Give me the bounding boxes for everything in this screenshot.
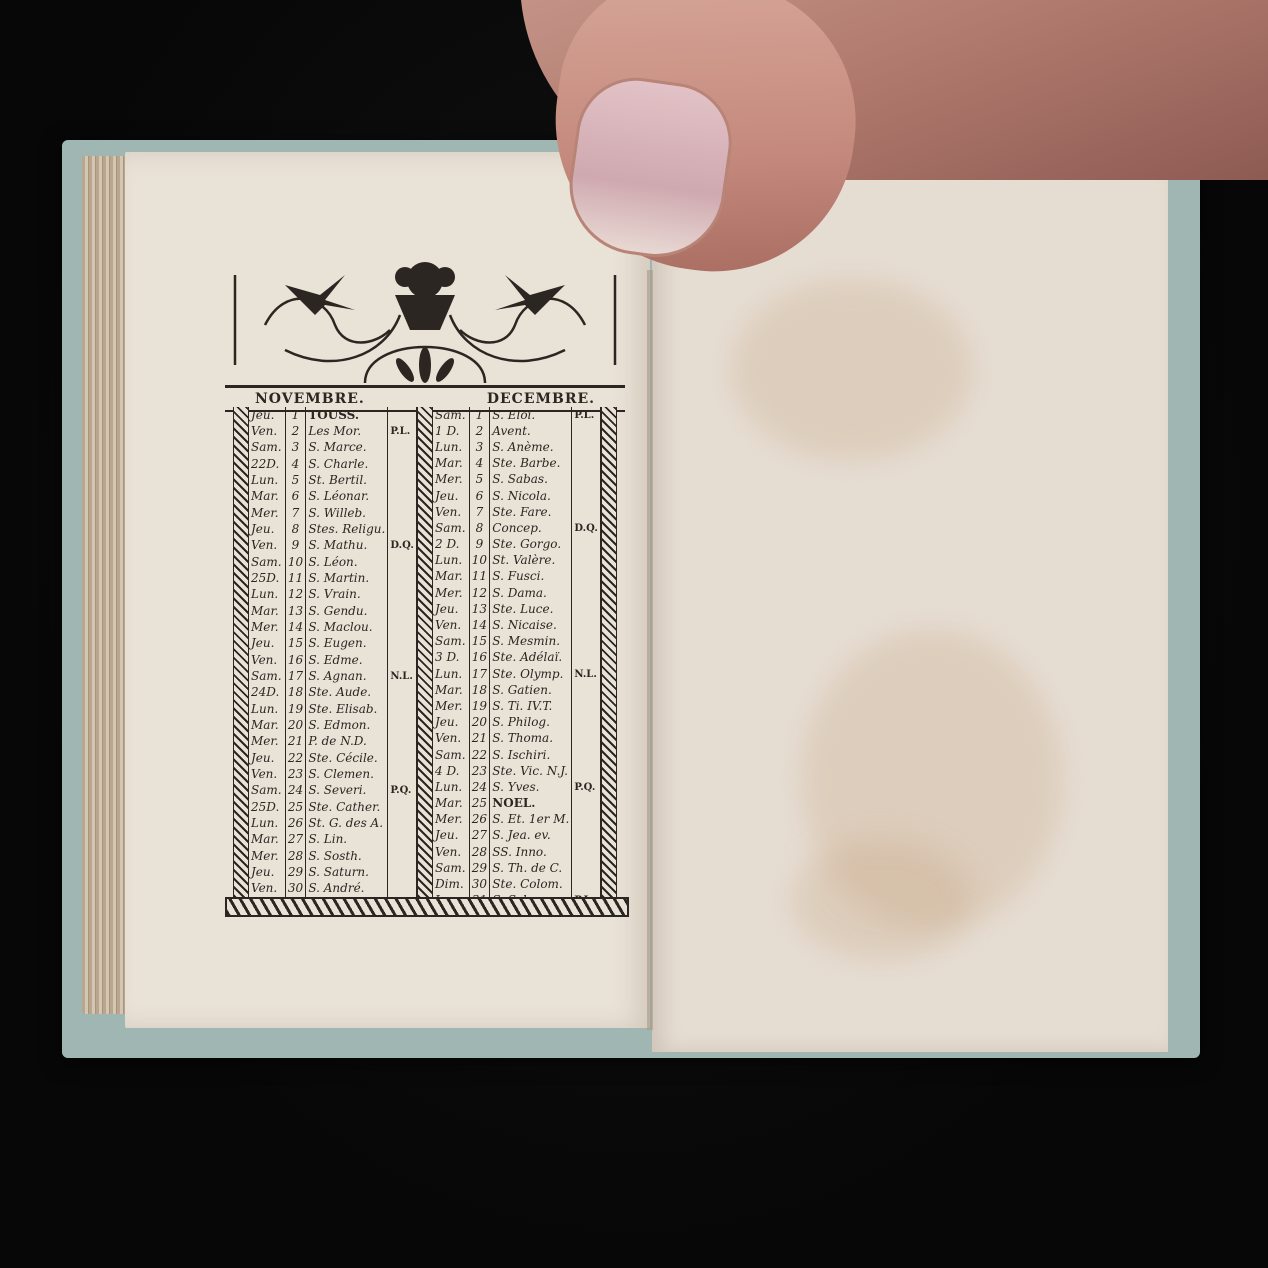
cell-num: 17 (469, 666, 490, 682)
cell-day: Lun. (249, 815, 285, 831)
cell-day: Jeu. (433, 715, 469, 731)
calendar-row: Sam.8Concep.D.Q. (433, 520, 601, 536)
cell-phase (572, 698, 601, 714)
calendar-row: Ven.23S. Clemen. (249, 766, 417, 782)
cell-saint: S. Severi. (306, 783, 388, 799)
cell-num: 15 (285, 636, 306, 652)
cell-phase (572, 504, 601, 520)
cell-day: Jeu. (249, 636, 285, 652)
book-gutter (647, 270, 653, 1030)
cell-num: 27 (285, 832, 306, 848)
cell-saint: Ste. Colom. (490, 876, 572, 892)
cell-num: 16 (285, 652, 306, 668)
calendar-row: Sam.24S. Severi.P.Q. (249, 783, 417, 799)
cell-day: Sam. (433, 860, 469, 876)
calendar-row: Mer.26S. Et. 1er M. (433, 812, 601, 828)
cell-saint: S. Edmon. (306, 717, 388, 733)
cell-saint: S. Mesmin. (490, 634, 572, 650)
cell-day: Jeu. (249, 864, 285, 880)
cell-num: 12 (285, 587, 306, 603)
cell-phase (388, 734, 417, 750)
cell-num: 30 (469, 876, 490, 892)
cell-day: Sam. (433, 520, 469, 536)
cell-phase (388, 799, 417, 815)
calendar-row: 25D.11S. Martin. (249, 570, 417, 586)
cell-phase (572, 844, 601, 860)
cell-saint: S. Jea. ev. (490, 828, 572, 844)
cell-phase (388, 701, 417, 717)
cell-saint: St. G. des A. (306, 815, 388, 831)
cell-day: Mer. (433, 472, 469, 488)
cell-phase (388, 554, 417, 570)
calendar-row: Lun.3S. Anème. (433, 439, 601, 455)
cell-phase (388, 766, 417, 782)
cell-phase: P.L. (388, 423, 417, 439)
calendar-row: Ven.2Les Mor.P.L. (249, 423, 417, 439)
cell-num: 1 (469, 407, 490, 423)
calendar-row: Mar.20S. Edmon. (249, 717, 417, 733)
calendar-row: Ven.14S. Nicaise. (433, 617, 601, 633)
calendar-row: Mar.27S. Lin. (249, 832, 417, 848)
calendar-row: Ven.9S. Mathu.D.Q. (249, 538, 417, 554)
ornament-header-icon (225, 255, 625, 385)
cell-phase: D.Q. (572, 520, 601, 536)
cell-phase (572, 731, 601, 747)
cell-day: Lun. (433, 666, 469, 682)
cell-num: 18 (285, 685, 306, 701)
calendar-row: Sam.22S. Ischiri. (433, 747, 601, 763)
calendar-row: Jeu.15S. Eugen. (249, 636, 417, 652)
cell-num: 20 (285, 717, 306, 733)
cell-phase (388, 636, 417, 652)
cell-day: Mar. (433, 569, 469, 585)
cell-saint: S. Nicola. (490, 488, 572, 504)
cell-saint: S. André. (306, 881, 388, 897)
cell-saint: NOEL. (490, 796, 572, 812)
cell-day: Ven. (249, 652, 285, 668)
cell-saint: TOUSS. (306, 407, 388, 423)
cell-saint: S. Fusci. (490, 569, 572, 585)
cell-day: 24D. (249, 685, 285, 701)
cell-day: Lun. (433, 439, 469, 455)
calendar-row: Ven.28SS. Inno. (433, 844, 601, 860)
cell-num: 4 (469, 456, 490, 472)
calendar-row: Jeu.6S. Nicola. (433, 488, 601, 504)
cell-phase (572, 812, 601, 828)
cell-phase (388, 603, 417, 619)
ornament-footer (225, 897, 629, 917)
calendar-row: Lun.5St. Bertil. (249, 472, 417, 488)
cell-saint: S. Charle. (306, 456, 388, 472)
cell-day: Sam. (249, 554, 285, 570)
cell-phase (572, 585, 601, 601)
cell-saint: S. Eloi. (490, 407, 572, 423)
cell-saint: Ste. Vic. N.J. (490, 763, 572, 779)
cell-num: 25 (469, 796, 490, 812)
cell-saint: S. Léon. (306, 554, 388, 570)
cell-saint: S. Saturn. (306, 864, 388, 880)
cell-phase (388, 505, 417, 521)
cell-phase (388, 750, 417, 766)
cell-saint: S. Lin. (306, 832, 388, 848)
cell-num: 28 (469, 844, 490, 860)
cell-num: 9 (285, 538, 306, 554)
cell-day: Sam. (249, 783, 285, 799)
cell-num: 13 (469, 601, 490, 617)
cell-saint: Ste. Elisab. (306, 701, 388, 717)
pillar-center (417, 407, 433, 897)
cell-saint: S. Ti. IV.T. (490, 698, 572, 714)
cell-saint: St. Valère. (490, 553, 572, 569)
cell-num: 24 (285, 783, 306, 799)
cell-num: 20 (469, 715, 490, 731)
calendar-grid: Jeu.1TOUSS.Ven.2Les Mor.P.L.Sam.3S. Marc… (233, 407, 617, 897)
cell-day: Mar. (433, 796, 469, 812)
calendar-row: 22D.4S. Charle. (249, 456, 417, 472)
calendar-row: Sam.3S. Marce. (249, 440, 417, 456)
cell-num: 3 (285, 440, 306, 456)
cell-day: Mer. (249, 848, 285, 864)
calendar-row: Sam.29S. Th. de C. (433, 860, 601, 876)
cell-num: 9 (469, 537, 490, 553)
calendar-row: 2 D.9Ste. Gorgo. (433, 537, 601, 553)
cell-phase (572, 488, 601, 504)
month-november: NOVEMBRE. (225, 391, 395, 407)
calendar-row: Jeu.22Ste. Cécile. (249, 750, 417, 766)
cell-num: 21 (285, 734, 306, 750)
cell-saint: S. Thoma. (490, 731, 572, 747)
cell-saint: Stes. Religu. (306, 521, 388, 537)
cell-day: 1 D. (433, 423, 469, 439)
cell-num: 1 (285, 407, 306, 423)
calendar-row: Mer.5S. Sabas. (433, 472, 601, 488)
cell-phase (572, 601, 601, 617)
cell-saint: Ste. Cécile. (306, 750, 388, 766)
cell-num: 8 (469, 520, 490, 536)
cell-phase (572, 876, 601, 892)
calendar-row: Mer.7S. Willeb. (249, 505, 417, 521)
cell-num: 18 (469, 682, 490, 698)
cell-phase (388, 570, 417, 586)
cell-num: 14 (469, 617, 490, 633)
cell-saint: S. Yves. (490, 779, 572, 795)
cell-phase: P.L. (572, 407, 601, 423)
cell-phase (388, 652, 417, 668)
cell-phase (388, 881, 417, 897)
cell-num: 4 (285, 456, 306, 472)
cell-num: 14 (285, 619, 306, 635)
cell-phase (572, 715, 601, 731)
calendar-row: Sam.1S. Eloi.P.L. (433, 407, 601, 423)
cell-day: Jeu. (249, 750, 285, 766)
calendar-row: Jeu.29S. Saturn. (249, 864, 417, 880)
cell-phase (388, 848, 417, 864)
cell-num: 23 (469, 763, 490, 779)
cell-day: 3 D. (433, 650, 469, 666)
cell-phase (388, 456, 417, 472)
cell-num: 3 (469, 439, 490, 455)
cell-saint: S. Maclou. (306, 619, 388, 635)
cell-phase (388, 717, 417, 733)
cell-day: 22D. (249, 456, 285, 472)
cell-saint: S. Gendu. (306, 603, 388, 619)
cell-phase (388, 521, 417, 537)
calendar-row: Lun.24S. Yves.P.Q. (433, 779, 601, 795)
calendar-row: Ven.7Ste. Fare. (433, 504, 601, 520)
cell-day: Ven. (249, 538, 285, 554)
cell-num: 22 (285, 750, 306, 766)
cell-saint: Concep. (490, 520, 572, 536)
month-december: DECEMBRE. (457, 391, 625, 407)
cell-num: 10 (285, 554, 306, 570)
cell-num: 24 (469, 779, 490, 795)
cell-saint: S. Et. 1er M. (490, 812, 572, 828)
cell-phase (572, 763, 601, 779)
cell-day: Dim. (433, 876, 469, 892)
cell-phase (572, 650, 601, 666)
calendar-row: Ven.16S. Edme. (249, 652, 417, 668)
cell-num: 17 (285, 668, 306, 684)
cell-num: 5 (469, 472, 490, 488)
november-table: Jeu.1TOUSS.Ven.2Les Mor.P.L.Sam.3S. Marc… (249, 407, 417, 897)
cell-saint: S. Dama. (490, 585, 572, 601)
cell-phase: N.L. (388, 668, 417, 684)
calendar-row: 3 D.16Ste. Adélaï. (433, 650, 601, 666)
pillar-right (601, 407, 617, 897)
cell-saint: S. Ischiri. (490, 747, 572, 763)
cell-phase (572, 634, 601, 650)
cell-phase (572, 553, 601, 569)
cell-day: Sam. (249, 668, 285, 684)
calendar-row: Ven.30S. André. (249, 881, 417, 897)
right-page-blank (652, 160, 1168, 1052)
cell-day: 25D. (249, 570, 285, 586)
cell-phase (388, 587, 417, 603)
cell-day: Mer. (249, 734, 285, 750)
cell-day: Sam. (433, 634, 469, 650)
cell-day: Jeu. (433, 601, 469, 617)
cell-day: Mar. (433, 682, 469, 698)
pillar-left (233, 407, 249, 897)
cell-phase (572, 860, 601, 876)
calendar-row: Sam.17S. Agnan.N.L. (249, 668, 417, 684)
calendar-row: Mar.6S. Léonar. (249, 489, 417, 505)
cell-phase (388, 489, 417, 505)
cell-day: Ven. (433, 731, 469, 747)
calendar-row: Lun.10St. Valère. (433, 553, 601, 569)
cell-phase (388, 440, 417, 456)
cell-day: Ven. (249, 766, 285, 782)
cell-day: Sam. (433, 747, 469, 763)
calendar-engraving: NOVEMBRE. DECEMBRE. Jeu.1TOUSS.Ven.2Les … (225, 255, 625, 915)
calendar-row: Mer.19S. Ti. IV.T. (433, 698, 601, 714)
cell-day: Mer. (249, 619, 285, 635)
cell-day: Jeu. (249, 407, 285, 423)
cell-saint: Ste. Cather. (306, 799, 388, 815)
cell-num: 28 (285, 848, 306, 864)
calendar-row: Mar.11S. Fusci. (433, 569, 601, 585)
calendar-row: Mar.18S. Gatien. (433, 682, 601, 698)
calendar-row: Lun.12S. Vrain. (249, 587, 417, 603)
cell-num: 22 (469, 747, 490, 763)
calendar-row: Sam.10S. Léon. (249, 554, 417, 570)
calendar-row: Jeu.8Stes. Religu. (249, 521, 417, 537)
cell-num: 15 (469, 634, 490, 650)
cell-num: 30 (285, 881, 306, 897)
foxing-stain (792, 840, 972, 960)
calendar-row: Lun.17Ste. Olymp.N.L. (433, 666, 601, 682)
cell-num: 25 (285, 799, 306, 815)
cell-saint: Ste. Fare. (490, 504, 572, 520)
calendar-row: 4 D.23Ste. Vic. N.J. (433, 763, 601, 779)
cell-day: Ven. (249, 423, 285, 439)
calendar-row: Mer.28S. Sosth. (249, 848, 417, 864)
calendar-row: Jeu.1TOUSS. (249, 407, 417, 423)
cell-saint: St. Bertil. (306, 472, 388, 488)
cell-day: Ven. (249, 881, 285, 897)
cell-phase (572, 456, 601, 472)
cell-num: 7 (285, 505, 306, 521)
cell-phase: P.Q. (388, 783, 417, 799)
cell-day: Sam. (433, 407, 469, 423)
cell-phase (572, 569, 601, 585)
cell-saint: S. Sabas. (490, 472, 572, 488)
december-table: Sam.1S. Eloi.P.L.1 D.2Avent.Lun.3S. Anèm… (433, 407, 601, 909)
calendar-row: Mer.14S. Maclou. (249, 619, 417, 635)
calendar-row: Jeu.13Ste. Luce. (433, 601, 601, 617)
cell-phase (572, 472, 601, 488)
cell-day: Ven. (433, 844, 469, 860)
cell-phase (388, 832, 417, 848)
calendar-row: Jeu.20S. Philog. (433, 715, 601, 731)
cell-day: Mar. (249, 832, 285, 848)
cell-num: 10 (469, 553, 490, 569)
cell-num: 23 (285, 766, 306, 782)
calendar-row: Ven.21S. Thoma. (433, 731, 601, 747)
cell-saint: Ste. Gorgo. (490, 537, 572, 553)
cell-phase: D.Q. (388, 538, 417, 554)
cell-num: 11 (285, 570, 306, 586)
cell-phase (572, 537, 601, 553)
cell-phase (388, 472, 417, 488)
cell-day: Mer. (433, 812, 469, 828)
cell-num: 5 (285, 472, 306, 488)
cell-day: Mer. (433, 698, 469, 714)
cell-day: Lun. (433, 779, 469, 795)
calendar-row: Lun.26St. G. des A. (249, 815, 417, 831)
cell-saint: Ste. Olymp. (490, 666, 572, 682)
cell-saint: Ste. Luce. (490, 601, 572, 617)
cell-day: Mar. (249, 603, 285, 619)
calendar-row: Sam.15S. Mesmin. (433, 634, 601, 650)
cell-saint: S. Edme. (306, 652, 388, 668)
cell-saint: Ste. Adélaï. (490, 650, 572, 666)
calendar-row: 25D.25Ste. Cather. (249, 799, 417, 815)
calendar-row: Dim.30Ste. Colom. (433, 876, 601, 892)
cell-num: 2 (469, 423, 490, 439)
cell-day: Mar. (249, 489, 285, 505)
cell-saint: S. Martin. (306, 570, 388, 586)
cell-saint: S. Th. de C. (490, 860, 572, 876)
cell-saint: SS. Inno. (490, 844, 572, 860)
cell-day: Ven. (433, 504, 469, 520)
calendar-row: 1 D.2Avent. (433, 423, 601, 439)
cell-day: Jeu. (433, 488, 469, 504)
cell-saint: S. Nicaise. (490, 617, 572, 633)
cell-saint: S. Mathu. (306, 538, 388, 554)
calendar-row: 24D.18Ste. Aude. (249, 685, 417, 701)
cell-num: 27 (469, 828, 490, 844)
cell-day: Mar. (249, 717, 285, 733)
cell-phase (572, 747, 601, 763)
cell-day: Mer. (249, 505, 285, 521)
cell-day: 2 D. (433, 537, 469, 553)
cell-num: 11 (469, 569, 490, 585)
cell-saint: S. Philog. (490, 715, 572, 731)
cell-saint: S. Clemen. (306, 766, 388, 782)
cell-day: 25D. (249, 799, 285, 815)
cell-day: Lun. (249, 472, 285, 488)
cell-saint: S. Anème. (490, 439, 572, 455)
cell-num: 19 (285, 701, 306, 717)
cell-phase (572, 828, 601, 844)
cell-phase (572, 796, 601, 812)
cell-saint: S. Willeb. (306, 505, 388, 521)
cell-day: Ven. (433, 617, 469, 633)
cell-saint: S. Sosth. (306, 848, 388, 864)
cell-saint: Les Mor. (306, 423, 388, 439)
cell-saint: S. Marce. (306, 440, 388, 456)
cell-num: 19 (469, 698, 490, 714)
foxing-stain (732, 280, 972, 460)
calendar-row: Mer.12S. Dama. (433, 585, 601, 601)
cell-phase (388, 815, 417, 831)
cell-saint: S. Gatien. (490, 682, 572, 698)
cell-num: 29 (285, 864, 306, 880)
cell-phase (388, 685, 417, 701)
cell-num: 6 (469, 488, 490, 504)
cell-num: 26 (469, 812, 490, 828)
cell-phase: P.Q. (572, 779, 601, 795)
cell-phase (572, 617, 601, 633)
cell-saint: Avent. (490, 423, 572, 439)
cell-num: 2 (285, 423, 306, 439)
calendar-row: Lun.19Ste. Elisab. (249, 701, 417, 717)
calendar-row: Jeu.27S. Jea. ev. (433, 828, 601, 844)
cell-day: Mar. (433, 456, 469, 472)
cell-phase (572, 439, 601, 455)
cell-saint: S. Agnan. (306, 668, 388, 684)
cell-phase (388, 619, 417, 635)
cell-num: 29 (469, 860, 490, 876)
cell-num: 12 (469, 585, 490, 601)
cell-phase (388, 864, 417, 880)
cell-day: Lun. (433, 553, 469, 569)
calendar-row: Mer.21P. de N.D. (249, 734, 417, 750)
cell-day: Jeu. (249, 521, 285, 537)
cell-day: Lun. (249, 701, 285, 717)
cell-day: 4 D. (433, 763, 469, 779)
cell-day: Lun. (249, 587, 285, 603)
cell-saint: Ste. Barbe. (490, 456, 572, 472)
cell-num: 16 (469, 650, 490, 666)
cell-saint: Ste. Aude. (306, 685, 388, 701)
cell-num: 13 (285, 603, 306, 619)
cell-saint: S. Vrain. (306, 587, 388, 603)
cell-phase (572, 423, 601, 439)
cell-saint: S. Léonar. (306, 489, 388, 505)
cell-num: 26 (285, 815, 306, 831)
